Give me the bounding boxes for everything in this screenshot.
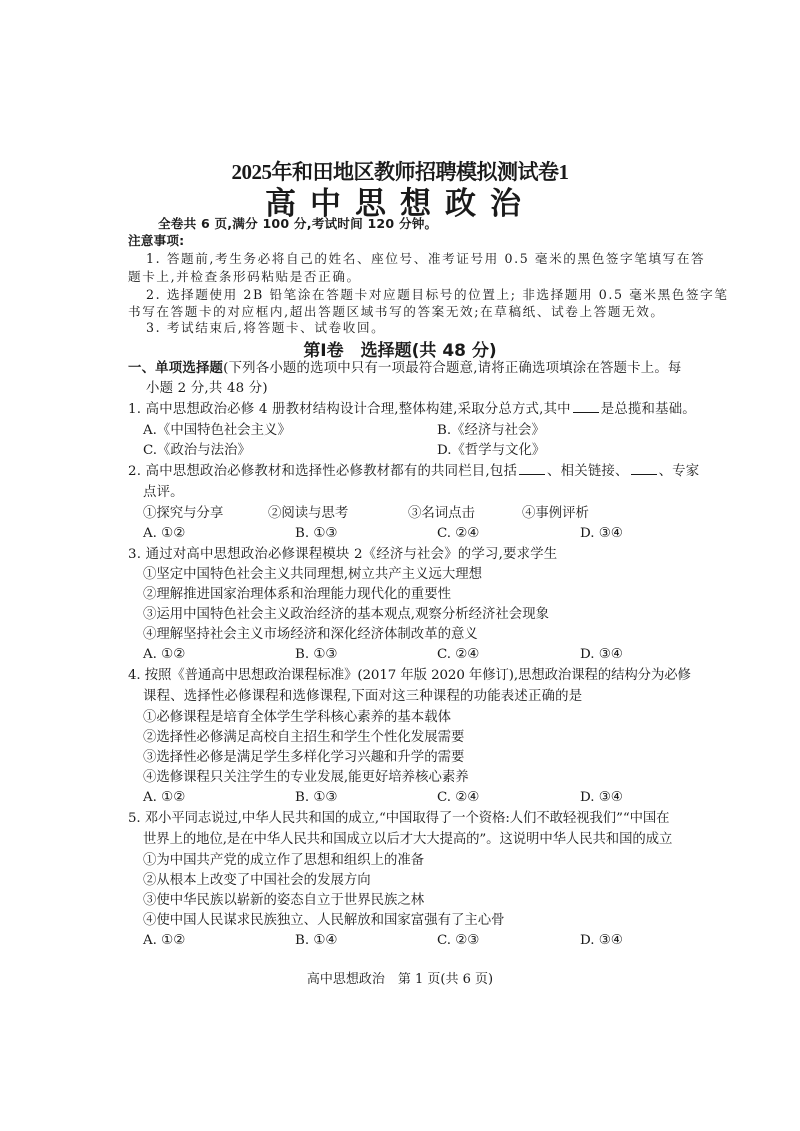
question-2-item-1: ①探究与分享 <box>143 504 223 524</box>
question-4-item-2: ②选择性必修满足高校自主招生和学生个性化发展需要 <box>143 728 464 748</box>
part-heading: 一、单项选择题(下列各小题的选项中只有一项最符合题意,请将正确选项填涂在答题卡上… <box>128 359 682 379</box>
question-2-option-b: B. ①③ <box>295 524 337 544</box>
question-5-item-4: ④使中国人民谋求民族独立、人民解放和国家富强有了主心骨 <box>143 911 505 931</box>
question-3-option-b: B. ①③ <box>295 645 337 665</box>
question-2-option-d: D. ③④ <box>580 524 623 544</box>
question-4-stem: 4. 按照《普通高中思想政治课程标准》(2017 年版 2020 年修订),思想… <box>128 666 691 686</box>
notice-item-3: 3. 考试结束后,将答题卡、试卷收回。 <box>146 318 385 338</box>
question-2-stem: 2. 高中思想政治必修教材和选择性必修教材都有的共同栏目,包括、相关链接、、专家 <box>128 462 699 482</box>
part-label: 一、单项选择题 <box>128 361 223 376</box>
answer-blank <box>519 462 545 475</box>
question-3-option-a: A. ①② <box>143 645 185 665</box>
question-5-option-b: B. ①④ <box>295 931 337 951</box>
question-3-option-d: D. ③④ <box>580 645 623 665</box>
question-5-option-a: A. ①② <box>143 931 185 951</box>
question-4-item-3: ③选择性必修是满足学生多样化学习兴趣和升学的需要 <box>143 748 464 768</box>
part-description-2: 小题 2 分,共 48 分) <box>146 379 268 399</box>
question-2-text-c: 、专家 <box>659 464 700 479</box>
question-1-text-a: 1. 高中思想政治必修 4 册教材结构设计合理,整体构建,采取分总方式,其中 <box>128 402 571 417</box>
question-4-item-4: ④选修课程只关注学生的专业发展,能更好培养核心素养 <box>143 768 469 788</box>
question-4-option-c: C. ②④ <box>437 788 479 808</box>
exam-info: 全卷共 6 页,满分 100 分,考试时间 120 分钟。 <box>158 214 437 234</box>
question-4-option-d: D. ③④ <box>580 788 623 808</box>
notice-item-1-line1: 1. 答题前,考生务必将自己的姓名、座位号、准考证号用 0.5 毫米的黑色签字笔… <box>146 249 705 269</box>
question-1-option-b: B.《经济与社会》 <box>437 421 545 441</box>
question-5-item-1: ①为中国共产党的成立作了思想和组织上的准备 <box>143 851 424 871</box>
question-2-option-a: A. ①② <box>143 524 185 544</box>
question-2-item-4: ④事例评析 <box>522 504 589 524</box>
question-5-item-3: ③使中华民族以崭新的姿态自立于世界民族之林 <box>143 891 424 911</box>
question-3-option-c: C. ②④ <box>437 645 479 665</box>
question-2-item-3: ③名词点击 <box>408 504 475 524</box>
question-3-stem: 3. 通过对高中思想政治必修课程模块 2《经济与社会》的学习,要求学生 <box>128 545 557 565</box>
question-3-item-1: ①坚定中国特色社会主义共同理想,树立共产主义远大理想 <box>143 565 482 585</box>
question-3-item-2: ②理解推进国家治理体系和治理能力现代化的重要性 <box>143 585 451 605</box>
question-1-option-d: D.《哲学与文化》 <box>437 441 545 461</box>
question-4-option-b: B. ①③ <box>295 788 337 808</box>
question-3-item-3: ③运用中国特色社会主义政治经济的基本观点,观察分析经济社会现象 <box>143 605 549 625</box>
section-title: 第Ⅰ卷 选择题(共 48 分) <box>0 336 800 361</box>
notice-item-1-line2: 题卡上,并检查条形码粘贴是否正确。 <box>128 267 361 287</box>
question-2-item-2: ②阅读与思考 <box>268 504 348 524</box>
question-2-option-c: C. ②④ <box>437 524 479 544</box>
question-5-option-c: C. ②③ <box>437 931 479 951</box>
question-1-option-a: A.《中国特色社会主义》 <box>143 421 291 441</box>
answer-blank <box>573 400 599 413</box>
question-5-option-d: D. ③④ <box>580 931 623 951</box>
page-footer: 高中思想政治 第 1 页(共 6 页) <box>0 968 800 987</box>
question-1-text-b: 是总揽和基础。 <box>601 402 696 417</box>
question-2-text-a: 2. 高中思想政治必修教材和选择性必修教材都有的共同栏目,包括 <box>128 464 517 479</box>
question-2-stem-line2: 点评。 <box>143 483 184 503</box>
question-4-option-a: A. ①② <box>143 788 185 808</box>
question-4-stem-line2: 课程、选择性必修课程和选修课程,下面对这三种课程的功能表述正确的是 <box>143 687 582 707</box>
question-5-stem: 5. 邓小平同志说过,中华人民共和国的成立,“中国取得了一个资格:人们不敢轻视我… <box>128 809 669 829</box>
question-4-item-1: ①必修课程是培育全体学生学科核心素养的基本载体 <box>143 708 451 728</box>
question-1-stem: 1. 高中思想政治必修 4 册教材结构设计合理,整体构建,采取分总方式,其中是总… <box>128 400 696 420</box>
question-5-item-2: ②从根本上改变了中国社会的发展方向 <box>143 871 371 891</box>
part-description: (下列各小题的选项中只有一项最符合题意,请将正确选项填涂在答题卡上。每 <box>223 361 681 376</box>
notice-heading: 注意事项: <box>128 231 184 251</box>
answer-blank <box>631 462 657 475</box>
question-1-option-c: C.《政治与法治》 <box>143 441 251 461</box>
question-2-text-b: 、相关链接、 <box>547 464 629 479</box>
question-5-stem-line2: 世界上的地位,是在中华人民共和国成立以后才大大提高的”。这说明中华人民共和国的成… <box>143 830 672 850</box>
question-3-item-4: ④理解坚持社会主义市场经济和深化经济体制改革的意义 <box>143 625 478 645</box>
exam-page: 2025年和田地区教师招聘模拟测试卷1 高中思想政治 全卷共 6 页,满分 10… <box>0 0 800 1131</box>
